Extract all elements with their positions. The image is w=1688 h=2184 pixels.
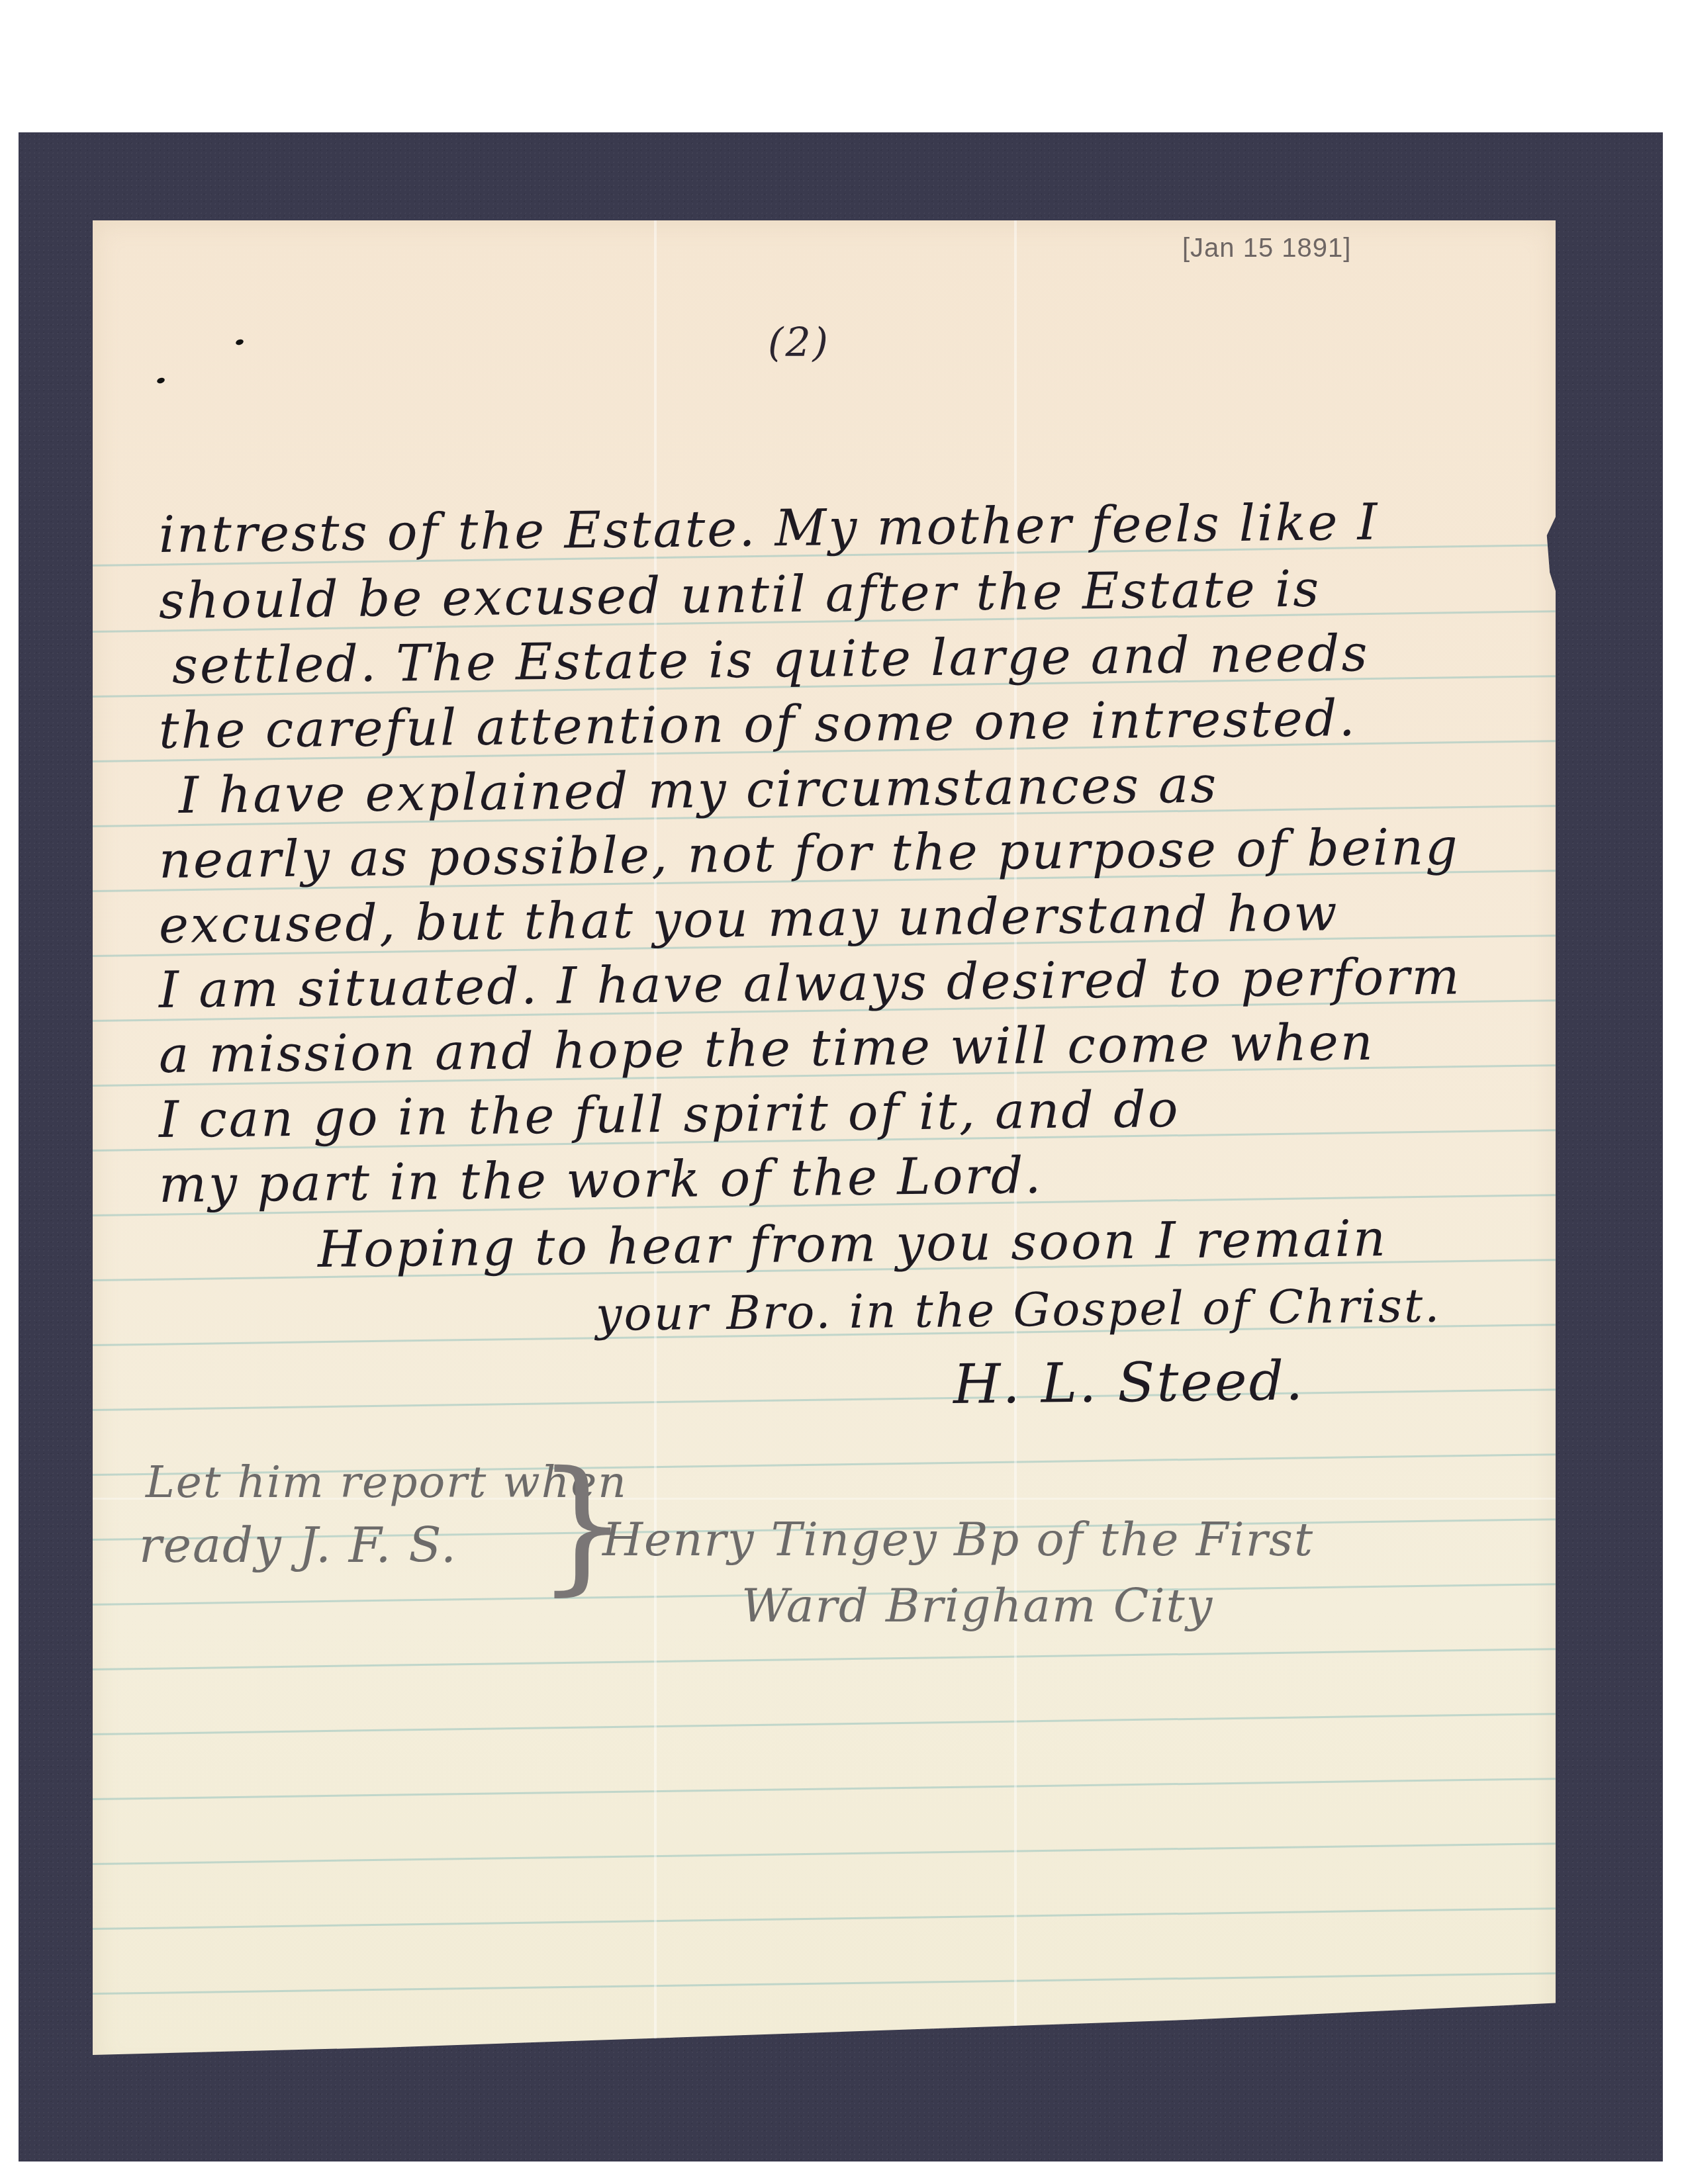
page-number: (2): [768, 320, 830, 366]
body-line: the careful attention of some one intres…: [159, 688, 1357, 760]
body-line: I can go in the full spirit of it, and d…: [159, 1079, 1180, 1149]
archival-date-note: [Jan 15 1891]: [1182, 234, 1351, 263]
body-line: my part in the work of the Lord.: [159, 1146, 1043, 1214]
body-line: should be excused until after the Estate…: [159, 559, 1321, 630]
body-line: intrests of the Estate. My mother feels …: [159, 492, 1380, 564]
body-line: I have explained my circumstances as: [179, 755, 1219, 825]
body-line: I am situated. I have always desired to …: [159, 946, 1462, 1019]
ruled-line: [93, 1778, 1556, 1800]
ink-dot: [156, 377, 165, 385]
body-line: a mission and hope the time will come wh…: [159, 1013, 1376, 1084]
addressee-note-line: Ward Brigham City: [741, 1578, 1213, 1633]
ruled-line: [93, 1843, 1556, 1865]
closing-line: Hoping to hear from you soon I remain: [318, 1208, 1388, 1279]
addressee-note-line: Henry Tingey Bp of the First: [602, 1512, 1314, 1567]
letter-page: [Jan 15 1891] (2) intrests of the Estate…: [93, 220, 1556, 2073]
ruled-line: [93, 1388, 1556, 1411]
ink-dot: [235, 338, 244, 346]
ruled-line: [93, 1907, 1556, 1930]
signature: H. L. Steed.: [953, 1349, 1305, 1416]
body-line: nearly as possible, not for the purpose …: [159, 817, 1460, 889]
ruled-line: [93, 1972, 1556, 1995]
ruled-line: [93, 1648, 1556, 1670]
body-line: excused, but that you may understand how: [159, 883, 1339, 954]
fold-crease: [654, 220, 657, 2073]
complimentary-close: your Bro. in the Gospel of Christ.: [596, 1279, 1442, 1342]
pencil-annotation-line: ready J. F. S.: [139, 1518, 457, 1573]
ruled-line: [93, 1713, 1556, 1735]
body-line: settled. The Estate is quite large and n…: [172, 623, 1370, 695]
